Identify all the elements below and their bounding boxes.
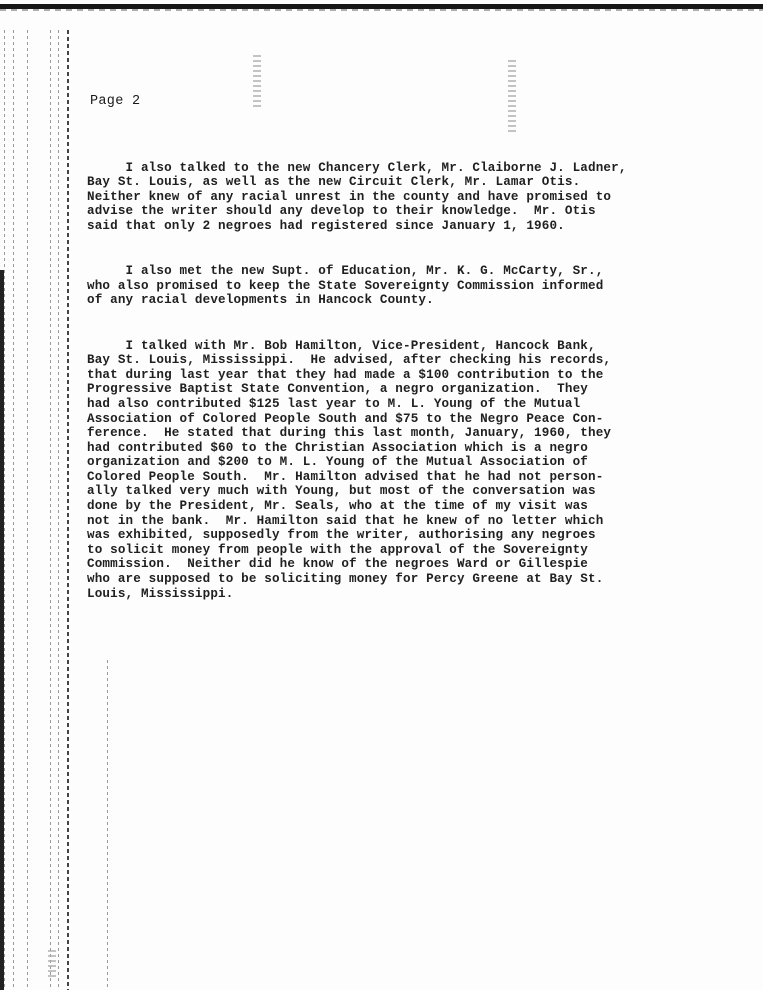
scan-artifact-line: [13, 30, 14, 990]
text-line: Bay St. Louis, Mississippi. He advised, …: [87, 353, 697, 368]
text-line: done by the President, Mr. Seals, who at…: [87, 499, 697, 514]
text-line: of any racial developments in Hancock Co…: [87, 293, 697, 308]
text-line: organization and $200 to M. L. Young of …: [87, 455, 697, 470]
paragraph-clerks: I also talked to the new Chancery Clerk,…: [87, 146, 697, 234]
text-line: Progressive Baptist State Convention, a …: [87, 382, 697, 397]
text-line: I also met the new Supt. of Education, M…: [87, 264, 697, 279]
text-line: who are supposed to be soliciting money …: [87, 572, 697, 587]
scan-artifact-line: [27, 30, 28, 990]
paragraph-education: I also met the new Supt. of Education, M…: [87, 250, 697, 308]
document-body: I also talked to the new Chancery Clerk,…: [87, 146, 697, 617]
text-line: Neither knew of any racial unrest in the…: [87, 190, 697, 205]
scan-smudge: [253, 55, 261, 110]
scan-artifact-line: [50, 30, 51, 990]
text-line: Colored People South. Mr. Hamilton advis…: [87, 470, 697, 485]
page-label: Page 2: [90, 94, 140, 109]
text-line: Association of Colored People South and …: [87, 412, 697, 427]
text-line: advise the writer should any develop to …: [87, 204, 697, 219]
text-line: said that only 2 negroes had registered …: [87, 219, 697, 234]
text-line: ference. He stated that during this last…: [87, 426, 697, 441]
paragraph-bank: I talked with Mr. Bob Hamilton, Vice-Pre…: [87, 324, 697, 601]
text-line: was exhibited, supposedly from the write…: [87, 528, 697, 543]
text-line: Bay St. Louis, as well as the new Circui…: [87, 175, 697, 190]
scan-artifact-line: [58, 30, 59, 990]
text-line: who also promised to keep the State Sove…: [87, 279, 697, 294]
text-line: that during last year that they had made…: [87, 368, 697, 383]
text-line: Louis, Mississippi.: [87, 587, 697, 602]
text-line: had also contributed $125 last year to M…: [87, 397, 697, 412]
scan-artifact-line: [107, 660, 108, 990]
text-line: I also talked to the new Chancery Clerk,…: [87, 161, 697, 176]
scan-top-border-fringe: [0, 9, 763, 11]
scan-artifact-line: [67, 30, 69, 990]
text-line: not in the bank. Mr. Hamilton said that …: [87, 514, 697, 529]
scan-artifact-line: [4, 30, 5, 990]
scan-smudge: [508, 60, 516, 135]
text-line: had contributed $60 to the Christian Ass…: [87, 441, 697, 456]
text-line: Commission. Neither did he know of the n…: [87, 557, 697, 572]
scan-smudge: [48, 950, 56, 980]
text-line: to solicit money from people with the ap…: [87, 543, 697, 558]
text-line: ally talked very much with Young, but mo…: [87, 484, 697, 499]
text-line: I talked with Mr. Bob Hamilton, Vice-Pre…: [87, 339, 697, 354]
